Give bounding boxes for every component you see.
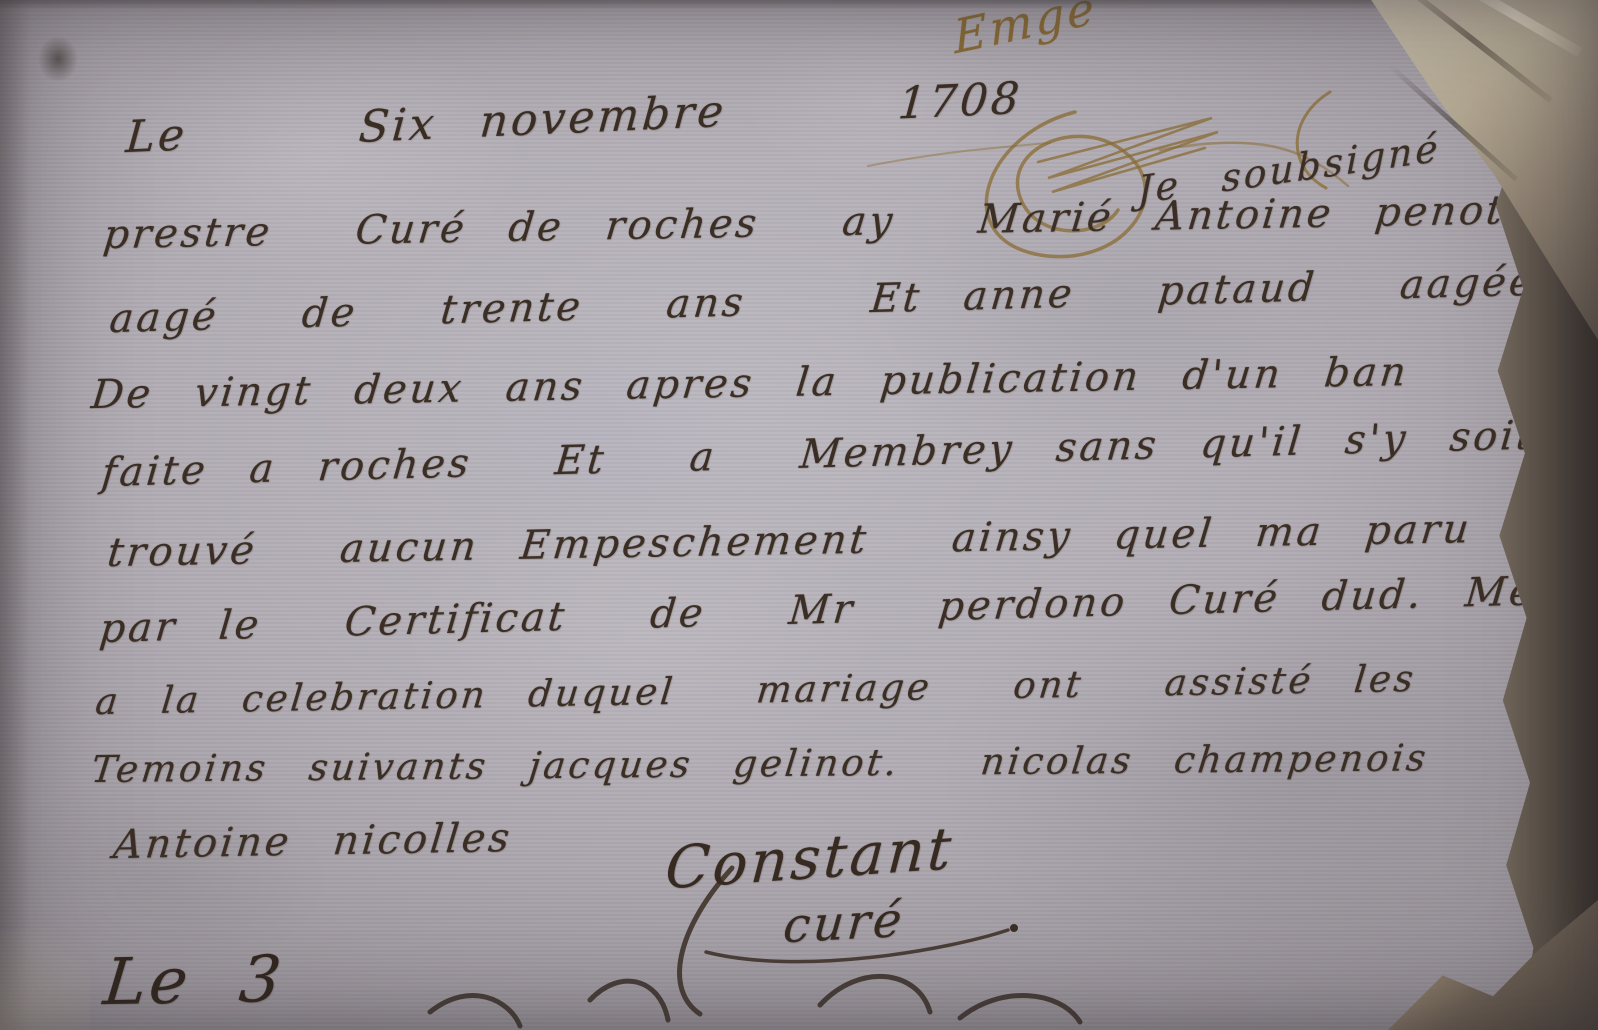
handwritten-line: De vingt deux ans apres la publication d… <box>89 349 1411 418</box>
handwritten-line: faite a roches Et a Membrey sans qu'il s… <box>100 412 1538 496</box>
ink-blotch <box>38 36 78 82</box>
page-edge-shadow-left <box>0 0 30 1030</box>
next-entry-fragment: Le 3 <box>100 943 287 1020</box>
handwritten-line: aagé de trente ans Et anne pataud aagée <box>108 259 1538 342</box>
handwritten-line-date: Le Six novembre 1708 <box>124 73 1024 163</box>
handwritten-line: prestre Curé de roches ay Marié Antoine … <box>101 188 1508 259</box>
handwritten-line: par le Certificat de Mr perdono Curé dud… <box>98 565 1598 653</box>
page-corner-light <box>0 930 90 1030</box>
handwritten-line-witnesses: Antoine nicolles <box>111 815 514 868</box>
fold-highlight <box>1448 0 1583 57</box>
cut-off-handwriting-strokes <box>430 976 1080 1026</box>
manuscript-photo: Emge Le Six novembre 1708 Je soubsigné p… <box>0 0 1598 1030</box>
handwritten-line: a la celebration duquel mariage ont assi… <box>93 657 1418 723</box>
priest-signature-title: curé <box>781 892 907 955</box>
handwritten-line: trouvé aucun Empeschement ainsy quel ma … <box>105 506 1474 576</box>
priest-signature: Constant <box>663 814 956 903</box>
handwritten-line-witnesses: Temoins suivants jacques gelinot. nicola… <box>89 736 1431 791</box>
page-edge-shadow-top <box>0 0 1598 10</box>
